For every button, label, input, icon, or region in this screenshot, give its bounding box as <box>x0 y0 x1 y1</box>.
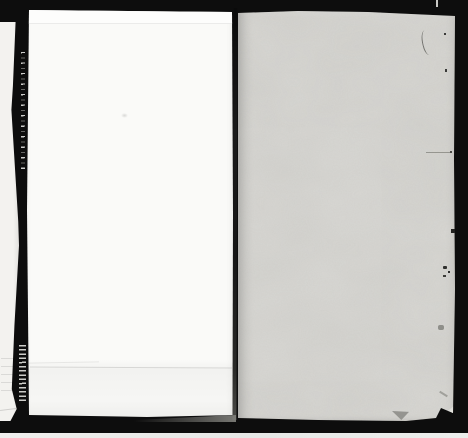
left-margin-marks <box>1 358 15 394</box>
speck-cluster <box>443 266 447 269</box>
left-page-top-edge <box>27 10 234 24</box>
left-page <box>27 10 234 417</box>
speck-cluster <box>443 275 446 277</box>
scratch-line <box>426 152 451 153</box>
right-page <box>238 9 455 422</box>
binding-marks-upper <box>21 52 25 173</box>
binding-marks-lower <box>19 345 26 403</box>
left-page-crease-line <box>30 366 232 368</box>
scan-speck <box>444 33 446 35</box>
left-page-smudge <box>121 113 128 118</box>
top-edge-notch <box>436 0 438 7</box>
gray-notch-mark <box>438 325 444 330</box>
paper-texture <box>238 9 455 422</box>
scanned-book-image <box>0 0 468 438</box>
scan-speck <box>450 151 452 153</box>
speck-cluster <box>448 271 450 273</box>
scan-margin-bottom <box>0 433 468 438</box>
edge-notch-mark <box>451 229 455 233</box>
scan-speck <box>445 69 447 72</box>
left-page-crease-short <box>29 361 99 363</box>
